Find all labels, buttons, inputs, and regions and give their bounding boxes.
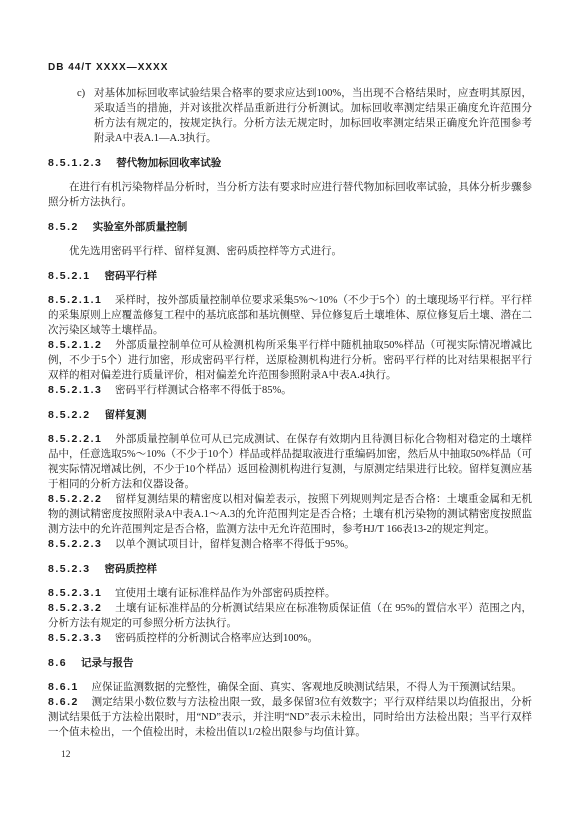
clause-text: 密码平行样测试合格率不得低于85%。 xyxy=(115,385,292,396)
clause-8-5-2-2-3: 8.5.2.2.3 以单个测试项目计，留样复测合格率不得低于95%。 xyxy=(48,537,532,552)
clause-text: 应保证监测数据的完整性，确保全面、真实、客观地反映测试结果，不得人为干预测试结果… xyxy=(91,682,522,693)
heading-8-6: 8.6 记录与报告 xyxy=(48,656,532,671)
clause-number: 8.5.2.1.1 xyxy=(48,294,102,306)
clause-text: 宜使用土壤有证标准样品作为外部密码质控样。 xyxy=(115,588,336,599)
heading-number: 8.5.2 xyxy=(48,221,79,233)
clause-text: 以单个测试项目计，留样复测合格率不得低于95%。 xyxy=(115,539,355,550)
heading-8-5-2-1: 8.5.2.1 密码平行样 xyxy=(48,269,532,284)
clause-number: 8.5.2.3.3 xyxy=(48,632,102,644)
clause-8-5-2-2-2: 8.5.2.2.2 留样复测结果的精密度以相对偏差表示，按照下列规则判定是否合格… xyxy=(48,492,532,537)
heading-title: 密码质控样 xyxy=(105,563,158,575)
heading-number: 8.5.2.1 xyxy=(48,270,91,282)
list-item-text: 对基体加标回收率试验结果合格率的要求应达到100%，当出现不合格结果时，应查明其… xyxy=(94,88,532,144)
heading-number: 8.5.1.2.3 xyxy=(48,157,102,169)
heading-8-5-2-3: 8.5.2.3 密码质控样 xyxy=(48,562,532,577)
list-marker: c) xyxy=(77,86,85,101)
clause-number: 8.5.2.1.3 xyxy=(48,384,102,396)
heading-number: 8.6 xyxy=(48,657,67,669)
clause-8-5-2-3-2: 8.5.2.3.2 土壤有证标准样品的分析测试结果应在标准物质保证值（在 95%… xyxy=(48,601,532,631)
clause-number: 8.5.2.2.1 xyxy=(48,433,102,445)
heading-title: 实验室外部质量控制 xyxy=(93,221,188,233)
clause-number: 8.6.1 xyxy=(48,681,79,693)
heading-8-5-2-2: 8.5.2.2 留样复测 xyxy=(48,408,532,423)
clause-text: 采样时，按外部质量控制单位要求采集5%～10%（不少于5个）的土壤现场平行样。平… xyxy=(48,295,532,336)
clause-number: 8.5.2.2.3 xyxy=(48,538,102,550)
heading-title: 密码平行样 xyxy=(105,270,158,282)
paragraph: 优先选用密码平行样、留样复测、密码质控样等方式进行。 xyxy=(48,244,532,259)
document-header: DB 44/T XXXX—XXXX xyxy=(48,62,532,73)
heading-number: 8.5.2.2 xyxy=(48,409,91,421)
document-page: DB 44/T XXXX—XXXX c) 对基体加标回收率试验结果合格率的要求应… xyxy=(0,0,578,818)
heading-8-5-1-2-3: 8.5.1.2.3 替代物加标回收率试验 xyxy=(48,156,532,171)
clause-text: 测定结果小数位数与方法检出限一致，最多保留3位有效数字；平行双样结果以均值报出，… xyxy=(48,697,532,738)
clause-text: 外部质量控制单位可从检测机构所采集平行样中随机抽取50%样品（可视实际情况增减比… xyxy=(48,340,532,381)
clause-8-5-2-1-1: 8.5.2.1.1 采样时，按外部质量控制单位要求采集5%～10%（不少于5个）… xyxy=(48,293,532,338)
clause-8-5-2-1-3: 8.5.2.1.3 密码平行样测试合格率不得低于85%。 xyxy=(48,383,532,398)
heading-title: 记录与报告 xyxy=(81,657,134,669)
clause-number: 8.5.2.3.2 xyxy=(48,602,102,614)
clause-number: 8.5.2.1.2 xyxy=(48,339,102,351)
clause-text: 留样复测结果的精密度以相对偏差表示，按照下列规则判定是否合格：土壤重金属和无机物… xyxy=(48,494,532,535)
clause-number: 8.5.2.3.1 xyxy=(48,587,102,599)
heading-title: 留样复测 xyxy=(105,409,147,421)
clause-text: 土壤有证标准样品的分析测试结果应在标准物质保证值（在 95%的置信水平）范围之内… xyxy=(48,603,532,629)
clause-8-5-2-2-1: 8.5.2.2.1 外部质量控制单位可从已完成测试、在保存有效期内且待测目标化合… xyxy=(48,432,532,492)
clause-number: 8.5.2.2.2 xyxy=(48,493,102,505)
paragraph: 在进行有机污染物样品分析时，当分析方法有要求时应进行替代物加标回收率试验，具体分… xyxy=(48,180,532,210)
clause-8-5-2-1-2: 8.5.2.1.2 外部质量控制单位可从检测机构所采集平行样中随机抽取50%样品… xyxy=(48,338,532,383)
clause-8-5-2-3-1: 8.5.2.3.1 宜使用土壤有证标准样品作为外部密码质控样。 xyxy=(48,586,532,601)
list-item-c: c) 对基体加标回收率试验结果合格率的要求应达到100%，当出现不合格结果时，应… xyxy=(48,86,532,146)
page-number: 12 xyxy=(61,750,532,760)
page-content: DB 44/T XXXX—XXXX c) 对基体加标回收率试验结果合格率的要求应… xyxy=(0,0,578,760)
clause-8-5-2-3-3: 8.5.2.3.3 密码质控样的分析测试合格率应达到100%。 xyxy=(48,631,532,646)
clause-text: 密码质控样的分析测试合格率应达到100%。 xyxy=(115,633,318,644)
heading-title: 替代物加标回收率试验 xyxy=(116,157,221,169)
clause-8-6-2: 8.6.2 测定结果小数位数与方法检出限一致，最多保留3位有效数字；平行双样结果… xyxy=(48,695,532,740)
clause-number: 8.6.2 xyxy=(48,696,79,708)
clause-text: 外部质量控制单位可从已完成测试、在保存有效期内且待测目标化合物相对稳定的土壤样品… xyxy=(48,434,532,490)
heading-8-5-2: 8.5.2 实验室外部质量控制 xyxy=(48,220,532,235)
heading-number: 8.5.2.3 xyxy=(48,563,91,575)
clause-8-6-1: 8.6.1 应保证监测数据的完整性，确保全面、真实、客观地反映测试结果，不得人为… xyxy=(48,680,532,695)
